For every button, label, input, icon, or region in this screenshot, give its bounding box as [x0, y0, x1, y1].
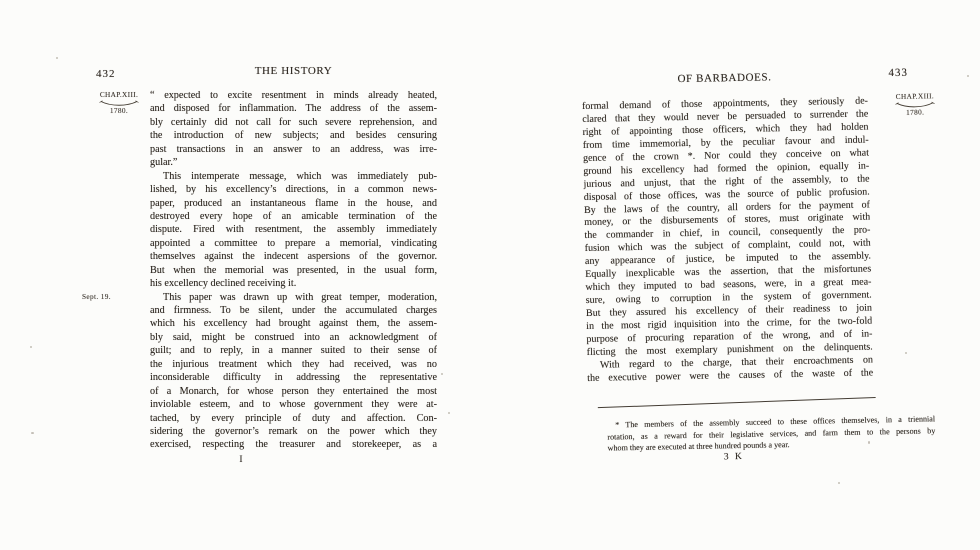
- right-page: OF BARBADOES. 433 CHAP.XIII. 1780. forma…: [535, 0, 980, 550]
- scan-speck: [448, 412, 450, 414]
- text-line: exercised, respecting the treasurer and …: [150, 438, 437, 451]
- text-line: This paper was drawn up with great tempe…: [150, 291, 437, 304]
- text-line: bly certainly did not call for such seve…: [150, 116, 437, 129]
- text-line: past transactions in an answer to an add…: [150, 143, 437, 156]
- chapter-flourish-icon: [895, 101, 935, 108]
- margin-note-chapter-right: CHAP.XIII. 1780.: [889, 92, 941, 117]
- text-line: the introduction of new subjects; and be…: [150, 129, 437, 142]
- text-line: inconsiderable difficulty in addressing …: [150, 371, 437, 384]
- chapter-label: CHAP.XIII.: [100, 90, 138, 99]
- footnote-rule: [598, 397, 876, 408]
- year-label: 1780.: [889, 108, 941, 117]
- text-line: This intemperate message, which was imme…: [150, 170, 437, 183]
- running-head-right: OF BARBADOES.: [581, 70, 867, 87]
- margin-note-date-left: Sept. 19.: [82, 293, 132, 302]
- page-number-left: 432: [96, 68, 116, 80]
- text-line: sidering the governor’s remark on the po…: [150, 425, 437, 438]
- text-line: But when the memorial was presented, in …: [150, 264, 437, 277]
- chapter-label: CHAP.XIII.: [896, 91, 935, 101]
- text-line: themselves against the indecent aspersio…: [150, 250, 437, 263]
- chapter-flourish-icon: [99, 100, 139, 106]
- text-line: gular.”: [150, 156, 437, 169]
- page-number-right: 433: [888, 67, 908, 79]
- left-page: 432 THE HISTORY CHAP.XIII. 1780. Sept. 1…: [0, 0, 490, 550]
- scan-speck: [441, 373, 443, 375]
- scanned-book-spread: { "colors": { "paper": "#fcfcfa", "ink":…: [0, 0, 980, 550]
- scan-speck: [56, 57, 58, 59]
- text-line: destroyed every hope of an amicable term…: [150, 210, 437, 223]
- text-line: paper, produced an instantaneous flame i…: [150, 197, 437, 210]
- signature-mark-left: I: [147, 455, 337, 465]
- text-line: lished, by his excellency’s directions, …: [150, 183, 437, 196]
- scan-speck: [838, 482, 840, 484]
- text-line: which his excellency had brought against…: [150, 317, 437, 330]
- footnote: * The members of the assembly succeed to…: [607, 413, 936, 454]
- margin-note-chapter-left: CHAP.XIII. 1780.: [94, 91, 144, 115]
- scan-speck: [905, 352, 907, 354]
- text-line: his excellency declined receiving it.: [150, 277, 437, 290]
- text-line: of a Monarch, for whose person they ente…: [150, 385, 437, 398]
- scan-speck: [967, 75, 969, 77]
- text-line: dispute. Fired with resentment, the asse…: [150, 223, 437, 236]
- scan-speck: [868, 441, 870, 444]
- scan-speck: [30, 346, 32, 348]
- text-line: guilt; and to reply, in a manner suited …: [150, 344, 437, 357]
- text-line: bly said, might be construed into an ack…: [150, 331, 437, 344]
- text-line: tached, by every principle of duty and a…: [150, 412, 437, 425]
- running-head-left: THE HISTORY: [150, 65, 437, 77]
- text-line: appointed a committee to prepare a memor…: [150, 237, 437, 250]
- text-line: the injurious treatment which they had r…: [150, 358, 437, 371]
- right-page-body: formal demand of those appointments, the…: [582, 96, 873, 386]
- text-line: and disposed for inflammation. The addre…: [150, 102, 437, 115]
- scan-speck: [31, 432, 34, 434]
- text-line: and firmness. To be silent, under the ac…: [150, 304, 437, 317]
- left-page-body: “ expected to excite resentment in minds…: [150, 89, 437, 452]
- text-line: “ expected to excite resentment in minds…: [150, 89, 437, 102]
- text-line: inviolable esteem, and to whose governme…: [150, 398, 437, 411]
- year-label: 1780.: [94, 107, 144, 116]
